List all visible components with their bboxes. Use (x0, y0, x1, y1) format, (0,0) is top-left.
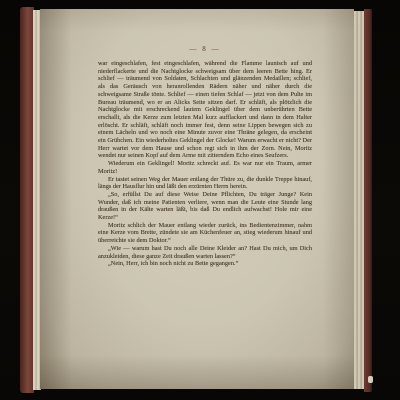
page-text-block: — 8 — war eingeschlafen, fest eingeschla… (98, 45, 312, 268)
paragraph: Moritz schlich der Mauer entlang wieder … (98, 222, 312, 245)
book-photograph: — 8 — war eingeschlafen, fest eingeschla… (0, 0, 400, 400)
page-number: — 8 — (98, 45, 312, 53)
paragraph: Er tastet seinen Weg der Mauer entlang d… (98, 176, 312, 191)
page-corner-highlight (368, 376, 373, 383)
paragraph: „Wie — warum hast Du noch alle Deine Kle… (98, 245, 312, 260)
paragraph: „So, erfüllst Du auf diese Weise Deine P… (98, 191, 312, 222)
book-cover-left-edge (20, 7, 34, 393)
paragraph: war eingeschlafen, fest eingeschlafen, w… (98, 60, 312, 160)
paragraph: „Nein, Herr, ich bin noch nicht zu Bette… (98, 260, 312, 268)
book-page: — 8 — war eingeschlafen, fest eingeschla… (40, 9, 354, 389)
paragraph: Wiederum ein Geklingel! Moritz schreckt … (98, 160, 312, 175)
page-stack-right-edge (354, 11, 364, 389)
book-cover-right-edge (364, 9, 372, 392)
